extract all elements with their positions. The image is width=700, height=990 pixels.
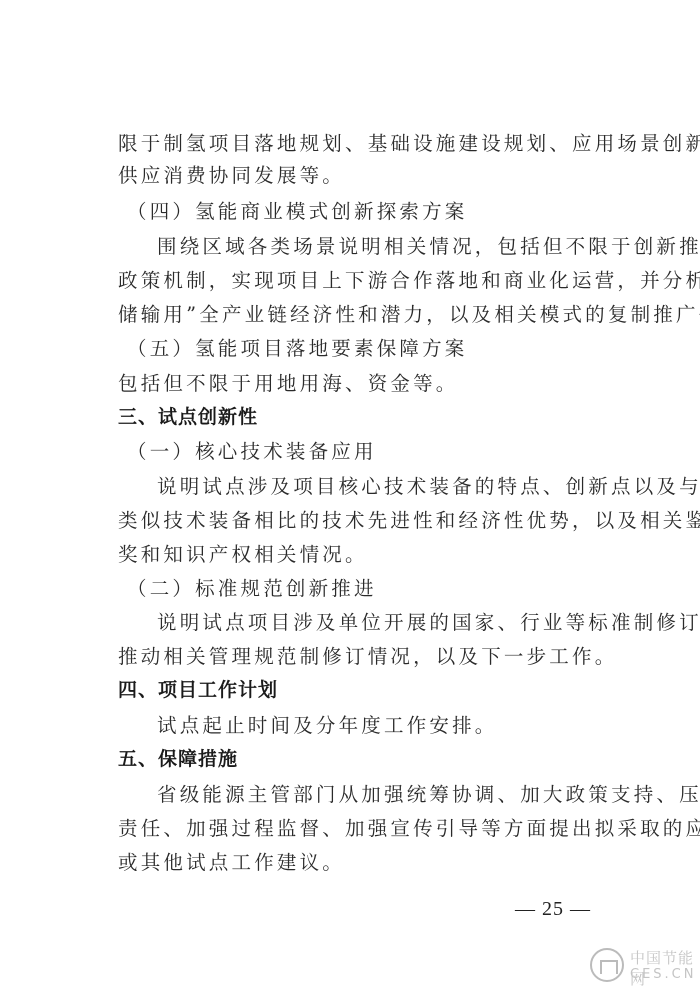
- body-line: 推动相关管理规范制修订情况，以及下一步工作。: [118, 644, 617, 670]
- watermark-en-text: CES.CN: [630, 967, 696, 982]
- section-heading-4: 四、项目工作计划: [118, 677, 278, 703]
- body-line: 奖和知识产权相关情况。: [118, 542, 368, 568]
- subheading-5: （五）氢能项目落地要素保障方案: [127, 336, 468, 362]
- body-line: 说明试点涉及项目核心技术装备的特点、创新点以及与国内外: [157, 474, 700, 500]
- body-line: 试点起止时间及分年度工作安排。: [157, 713, 498, 739]
- body-line: 政策机制，实现项目上下游合作落地和商业化运营，并分析氢能“制: [118, 268, 700, 294]
- body-line: 责任、加强过程监督、加强宣传引导等方面提出拟采取的应对措施: [118, 816, 700, 842]
- subheading-1: （一）核心技术装备应用: [127, 439, 377, 465]
- body-line: 围绕区域各类场景说明相关情况，包括但不限于创新推动相关: [157, 234, 700, 260]
- section-heading-5: 五、保障措施: [118, 746, 238, 772]
- body-line: 限于制氢项目落地规划、基础设施建设规划、应用场景创新开发、: [118, 131, 700, 157]
- page-number: — 25 —: [515, 898, 591, 921]
- section-heading-3: 三、试点创新性: [118, 404, 258, 430]
- body-line: 说明试点项目涉及单位开展的国家、行业等标准制修订情况，: [157, 610, 700, 636]
- body-line: 储输用”全产业链经济性和潜力，以及相关模式的复制推广价值。: [118, 302, 700, 328]
- body-line: 或其他试点工作建议。: [118, 850, 345, 876]
- body-line: 省级能源主管部门从加强统筹协调、加大政策支持、压实主体: [157, 782, 700, 808]
- watermark-logo-icon: [590, 948, 624, 982]
- body-line: 包括但不限于用地用海、资金等。: [118, 371, 459, 397]
- subheading-4: （四）氢能商业模式创新探索方案: [127, 199, 468, 225]
- body-line: 供应消费协同发展等。: [118, 163, 345, 189]
- watermark: 中国节能网 CES.CN: [590, 945, 700, 990]
- document-page: 限于制氢项目落地规划、基础设施建设规划、应用场景创新开发、 供应消费协同发展等。…: [0, 0, 700, 990]
- subheading-2: （二）标准规范创新推进: [127, 576, 377, 602]
- body-line: 类似技术装备相比的技术先进性和经济性优势，以及相关鉴定、获: [118, 508, 700, 534]
